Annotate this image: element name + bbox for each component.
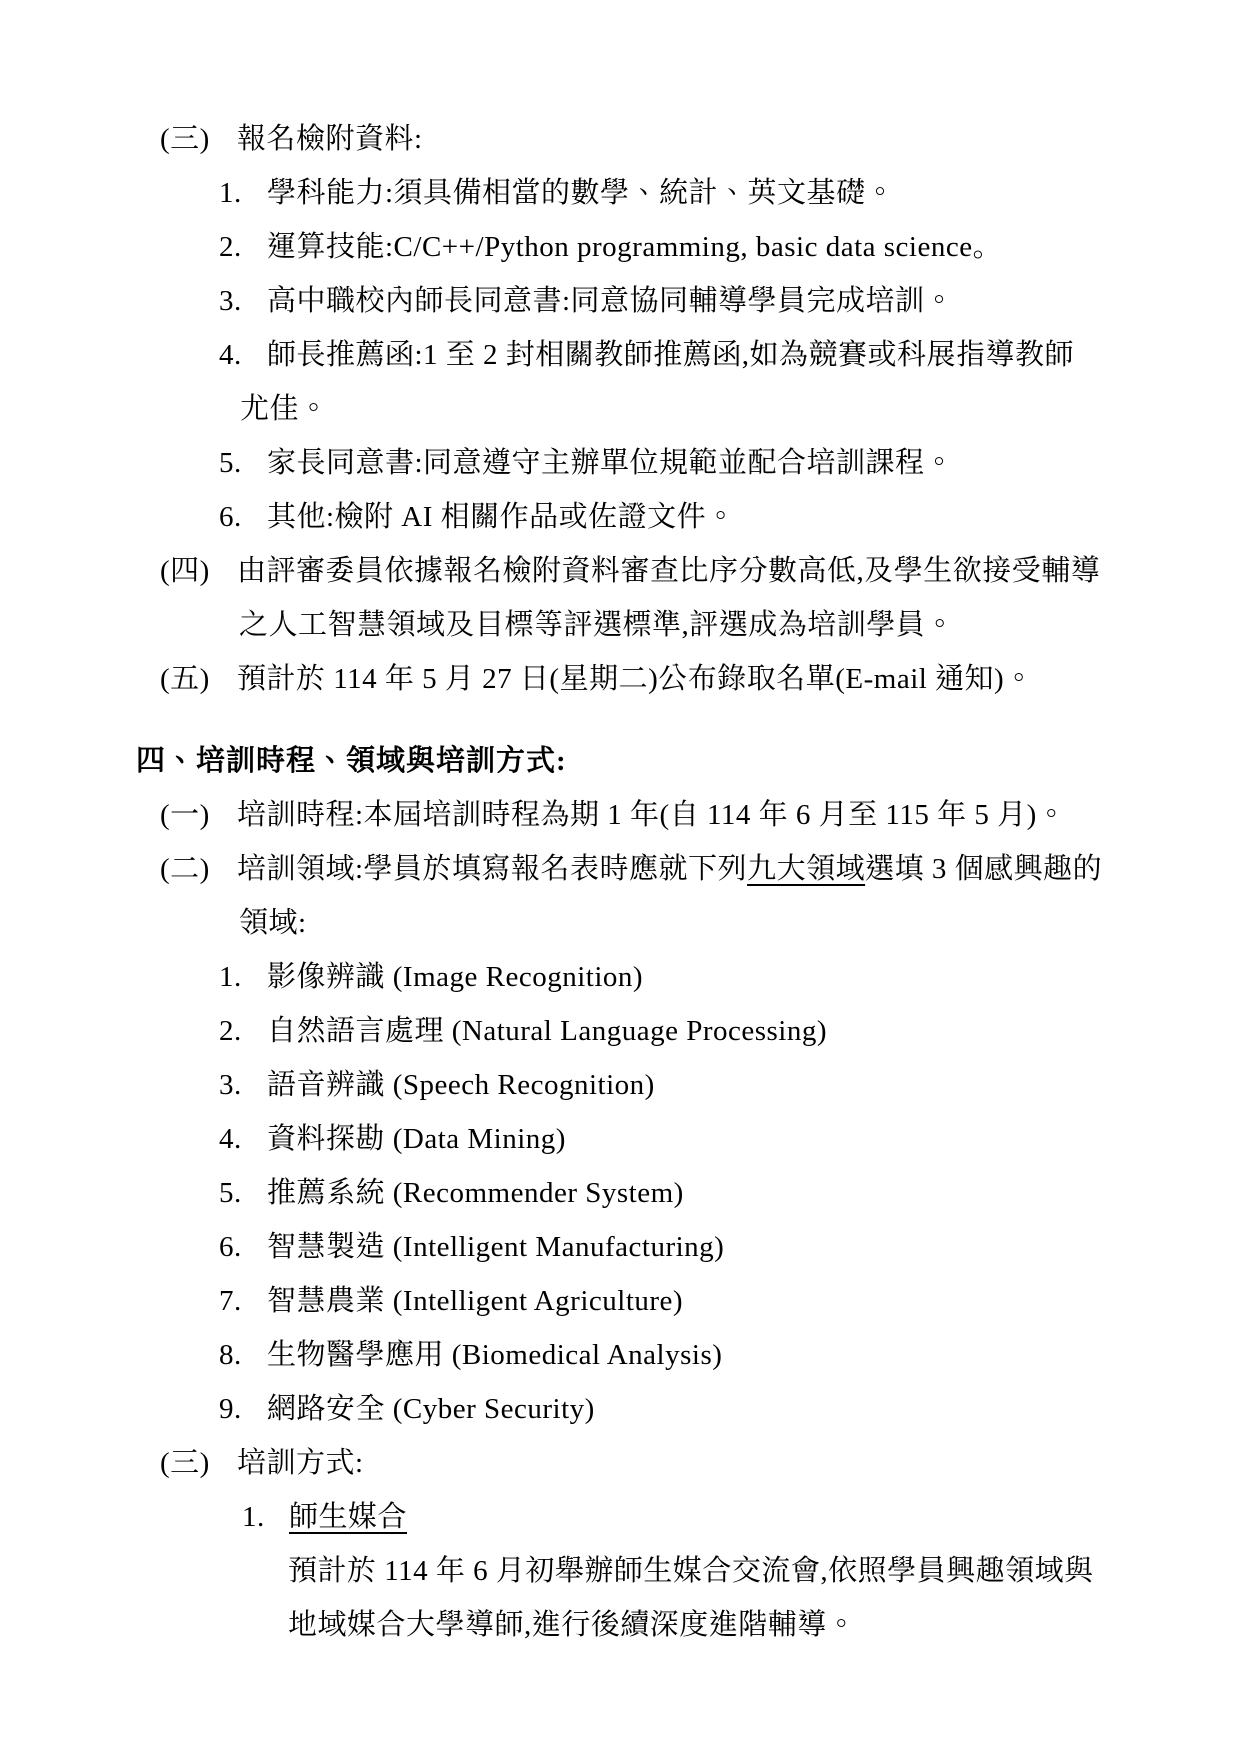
text-run: 培訓方式:: [237, 1447, 364, 1479]
document-line: 8.生物醫學應用 (Biomedical Analysis): [0, 1328, 1241, 1382]
underlined-text: 師生媒合: [289, 1501, 407, 1533]
text-run: 影像辨識 (Image Recognition): [267, 961, 643, 993]
document-line: 7.智慧農業 (Intelligent Agriculture): [0, 1274, 1241, 1328]
text-run: 智慧製造 (Intelligent Manufacturing): [267, 1231, 724, 1263]
list-marker: (三): [160, 1436, 210, 1490]
list-marker: 3.: [219, 1058, 242, 1112]
document-line: (三)報名檢附資料:: [0, 112, 1241, 166]
text-run: 家長同意書:同意遵守主辦單位規範並配合培訓課程。: [267, 447, 954, 479]
text-run: 之人工智慧領域及目標等評選標準,評選成為培訓學員。: [239, 609, 955, 641]
list-marker: 1.: [242, 1490, 265, 1544]
document-line: 領域:: [0, 896, 1241, 950]
text-run: 預計於 114 年 6 月初舉辦師生媒合交流會,依照學員興趣領域與: [288, 1555, 1094, 1587]
text-run: 四、培訓時程、領域與培訓方式:: [136, 745, 567, 777]
text-run: 培訓領域:學員於填寫報名表時應就下列: [237, 853, 747, 885]
list-marker: (二): [160, 842, 210, 896]
document-line: 9.網路安全 (Cyber Security): [0, 1382, 1241, 1436]
document-line: 5.推薦系統 (Recommender System): [0, 1166, 1241, 1220]
text-run: 培訓時程:本屆培訓時程為期 1 年(自 114 年 6 月至 115 年 5 月…: [237, 799, 1066, 831]
document-line: 1.師生媒合: [0, 1490, 1241, 1544]
text-run: 選填 3 個感興趣的: [865, 853, 1102, 885]
document-line: (四)由評審委員依據報名檢附資料審查比序分數高低,及學生欲接受輔導: [0, 544, 1241, 598]
document-line: 4.師長推薦函:1 至 2 封相關教師推薦函,如為競賽或科展指導教師: [0, 328, 1241, 382]
text-run: 其他:檢附 AI 相關作品或佐證文件。: [267, 501, 736, 533]
list-marker: 1.: [219, 950, 242, 1004]
document-line: 之人工智慧領域及目標等評選標準,評選成為培訓學員。: [0, 598, 1241, 652]
underlined-text: 九大領域: [747, 853, 865, 885]
list-marker: (一): [160, 788, 210, 842]
list-marker: 2.: [219, 220, 242, 274]
document-line: 5.家長同意書:同意遵守主辦單位規範並配合培訓課程。: [0, 436, 1241, 490]
list-marker: 7.: [219, 1274, 242, 1328]
text-run: 高中職校內師長同意書:同意協同輔導學員完成培訓。: [267, 285, 954, 317]
document-line: (二)培訓領域:學員於填寫報名表時應就下列九大領域選填 3 個感興趣的: [0, 842, 1241, 896]
list-marker: 3.: [219, 274, 242, 328]
list-marker: (五): [160, 652, 210, 706]
list-marker: 8.: [219, 1328, 242, 1382]
document-line: 6.智慧製造 (Intelligent Manufacturing): [0, 1220, 1241, 1274]
text-run: 推薦系統 (Recommender System): [267, 1177, 684, 1209]
list-marker: 4.: [219, 1112, 242, 1166]
text-run: 網路安全 (Cyber Security): [267, 1393, 595, 1425]
text-run: 師長推薦函:1 至 2 封相關教師推薦函,如為競賽或科展指導教師: [267, 339, 1074, 371]
document-line: 2.自然語言處理 (Natural Language Processing): [0, 1004, 1241, 1058]
document-line: (三)培訓方式:: [0, 1436, 1241, 1490]
text-run: 學科能力:須具備相當的數學、統計、英文基礎。: [267, 177, 895, 209]
list-marker: (四): [160, 544, 210, 598]
page: { "page": { "background": "#ffffff", "te…: [0, 0, 1241, 1754]
list-marker: 2.: [219, 1004, 242, 1058]
list-marker: 5.: [219, 1166, 242, 1220]
list-marker: 1.: [219, 166, 242, 220]
list-marker: 5.: [219, 436, 242, 490]
list-marker: (三): [160, 112, 210, 166]
list-marker: 4.: [219, 328, 242, 382]
list-marker: 6.: [219, 490, 242, 544]
document-line: (五)預計於 114 年 5 月 27 日(星期二)公布錄取名單(E-mail …: [0, 652, 1241, 706]
text-run: 生物醫學應用 (Biomedical Analysis): [267, 1339, 722, 1371]
text-run: 預計於 114 年 5 月 27 日(星期二)公布錄取名單(E-mail 通知)…: [237, 663, 1034, 695]
document-line: 1.學科能力:須具備相當的數學、統計、英文基礎。: [0, 166, 1241, 220]
text-run: 語音辨識 (Speech Recognition): [267, 1069, 655, 1101]
document-line: 3.語音辨識 (Speech Recognition): [0, 1058, 1241, 1112]
document-line: 2.運算技能:C/C++/Python programming, basic d…: [0, 220, 1241, 274]
text-run: 報名檢附資料:: [237, 123, 423, 155]
document-line: 3.高中職校內師長同意書:同意協同輔導學員完成培訓。: [0, 274, 1241, 328]
list-marker: 9.: [219, 1382, 242, 1436]
text-run: 智慧農業 (Intelligent Agriculture): [267, 1285, 683, 1317]
text-run: 自然語言處理 (Natural Language Processing): [267, 1015, 827, 1047]
document-line: 地域媒合大學導師,進行後續深度進階輔導。: [0, 1598, 1241, 1652]
text-run: 尤佳。: [240, 393, 329, 425]
document-line: 預計於 114 年 6 月初舉辦師生媒合交流會,依照學員興趣領域與: [0, 1544, 1241, 1598]
text-run: 領域:: [239, 907, 307, 939]
text-run: 地域媒合大學導師,進行後續深度進階輔導。: [288, 1609, 856, 1641]
text-run: 運算技能:C/C++/Python programming, basic dat…: [267, 231, 1002, 263]
document-line: 尤佳。: [0, 382, 1241, 436]
list-marker: 6.: [219, 1220, 242, 1274]
document-line: 6.其他:檢附 AI 相關作品或佐證文件。: [0, 490, 1241, 544]
document-line: 4.資料探勘 (Data Mining): [0, 1112, 1241, 1166]
document-page: (三)報名檢附資料:1.學科能力:須具備相當的數學、統計、英文基礎。2.運算技能…: [0, 0, 1241, 1754]
text-run: 由評審委員依據報名檢附資料審查比序分數高低,及學生欲接受輔導: [237, 555, 1100, 587]
text-run: 資料探勘 (Data Mining): [267, 1123, 566, 1155]
document-line: 1.影像辨識 (Image Recognition): [0, 950, 1241, 1004]
document-line: (一)培訓時程:本屆培訓時程為期 1 年(自 114 年 6 月至 115 年 …: [0, 788, 1241, 842]
section-heading: 四、培訓時程、領域與培訓方式:: [0, 734, 1241, 788]
